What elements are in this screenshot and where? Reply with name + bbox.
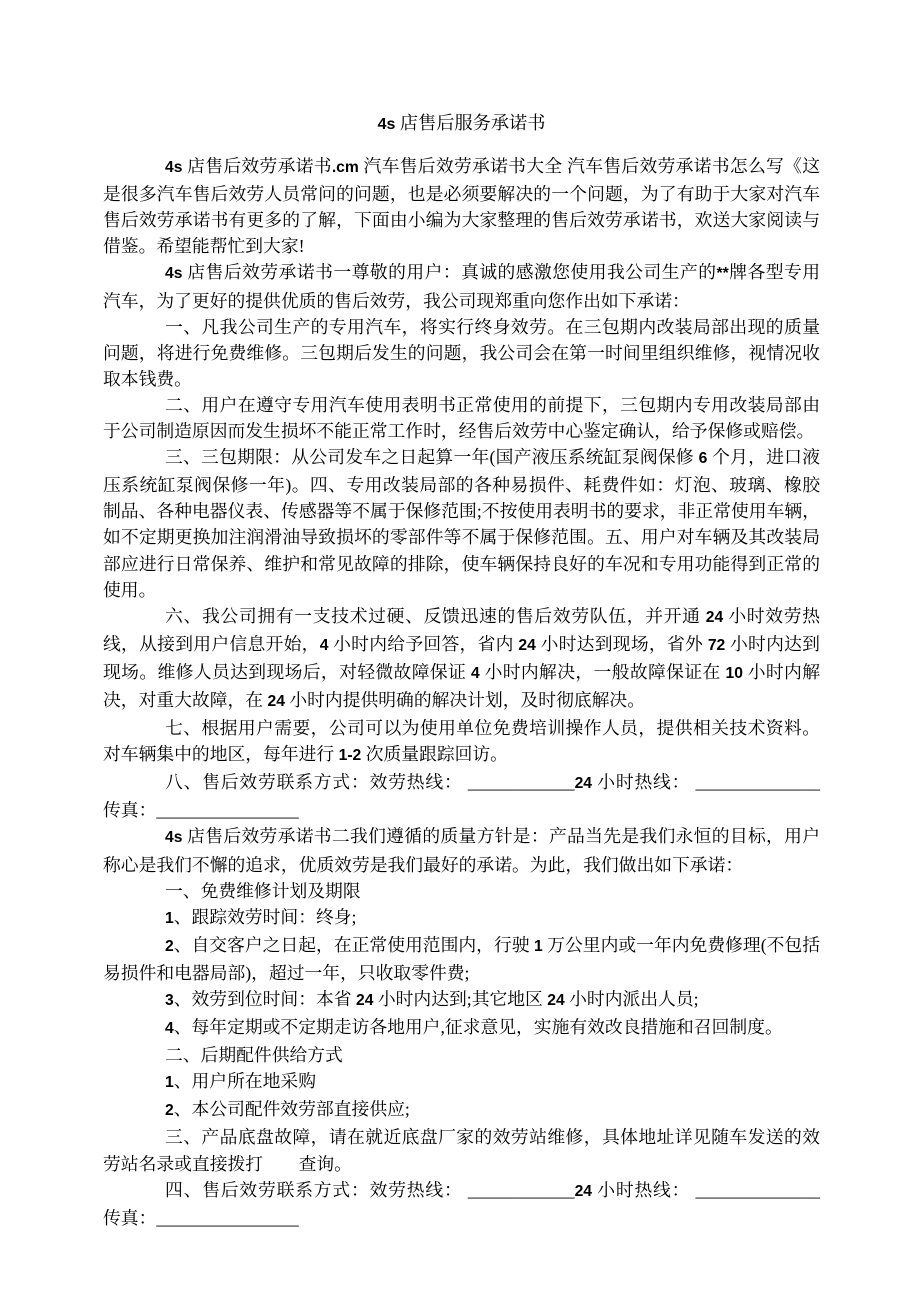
latin-run: 24 — [575, 1183, 592, 1200]
latin-run: 1 — [165, 910, 174, 927]
paragraph: 七、根据用户需要，公司可以为使用单位免费培训操作人员，提供相关技术资料。对车辆集… — [103, 715, 820, 769]
latin-run: 2 — [165, 1102, 174, 1119]
paragraph: 3、效劳到位时间：本省 24 小时内达到;其它地区 24 小时内派出人员; — [103, 986, 820, 1014]
latin-run: 2 — [165, 938, 174, 955]
paragraph: 二、后期配件供给方式 — [103, 1042, 820, 1068]
latin-run: 4s — [378, 116, 396, 133]
latin-run: 24 — [356, 992, 373, 1009]
paragraph: 三、三包期限：从公司发车之日起算一年(国产液压系统缸泵阀保修 6 个月，进口液压… — [103, 444, 820, 603]
latin-run: 4 — [320, 637, 329, 654]
latin-run: 1 — [165, 1074, 174, 1091]
latin-run: 4s — [165, 829, 182, 846]
paragraph: 4s 店售后效劳承诺书一尊敬的用户：真诚的感激您使用我公司生产的**牌各型专用汽… — [103, 259, 820, 313]
latin-run: 4 — [471, 665, 480, 682]
paragraph: 二、用户在遵守专用汽车使用表明书正常使用的前提下，三包期内专用改装局部由于公司制… — [103, 392, 820, 444]
paragraph: 2、自交客户之日起，在正常使用范围内，行驶 1 万公里内或一年内免费修理(不包括… — [103, 932, 820, 986]
latin-run: 4 — [165, 1020, 174, 1037]
latin-run: 1-2 — [339, 747, 362, 764]
paragraph: 四、售后效劳联系方式：效劳热线： ____________24 小时热线： __… — [103, 1177, 820, 1231]
latin-run: 1 — [534, 938, 543, 955]
latin-run: .cm — [332, 159, 359, 176]
latin-run: 72 — [708, 637, 725, 654]
paragraph: 4s 店售后效劳承诺书.cm 汽车售后效劳承诺书大全 汽车售后效劳承诺书怎么写《… — [103, 153, 820, 259]
latin-run: 10 — [725, 665, 742, 682]
document-body: 4s 店售后效劳承诺书.cm 汽车售后效劳承诺书大全 汽车售后效劳承诺书怎么写《… — [103, 153, 820, 1231]
paragraph: 一、免费维修计划及期限 — [103, 878, 820, 904]
paragraph: 2、本公司配件效劳部直接供应; — [103, 1096, 820, 1124]
paragraph: 4s 店售后效劳承诺书二我们遵循的质量方针是：产品当先是我们永恒的目标，用户称心… — [103, 823, 820, 877]
paragraph: 4、每年定期或不定期走访各地用户,征求意见，实施有效改良措施和召回制度。 — [103, 1014, 820, 1042]
paragraph: 1、用户所在地采购 — [103, 1068, 820, 1096]
paragraph: 1、跟踪效劳时间：终身; — [103, 904, 820, 932]
latin-run: 4s — [165, 265, 182, 282]
latin-run: 24 — [267, 693, 284, 710]
latin-run: 24 — [547, 992, 564, 1009]
document-title: 4s 店售后服务承诺书 — [103, 110, 820, 138]
latin-run: 24 — [706, 609, 723, 626]
latin-run: 24 — [518, 637, 535, 654]
latin-run: 4s — [165, 159, 182, 176]
paragraph: 一、凡我公司生产的专用汽车，将实行终身效劳。在三包期内改装局部出现的质量问题，将… — [103, 314, 820, 392]
document-page: 4s 店售后服务承诺书 4s 店售后效劳承诺书.cm 汽车售后效劳承诺书大全 汽… — [0, 0, 920, 1302]
paragraph: 六、我公司拥有一支技术过硬、反馈迅速的售后效劳队伍，并开通 24 小时效劳热线，… — [103, 603, 820, 715]
latin-run: ** — [717, 265, 729, 282]
latin-run: 3 — [165, 992, 174, 1009]
paragraph: 八、售后效劳联系方式：效劳热线： ____________24 小时热线： __… — [103, 769, 820, 823]
latin-run: 24 — [575, 775, 592, 792]
latin-run: 6 — [699, 450, 708, 467]
paragraph: 三、产品底盘故障，请在就近底盘厂家的效劳站维修，具体地址详见随车发送的效劳站名录… — [103, 1124, 820, 1176]
